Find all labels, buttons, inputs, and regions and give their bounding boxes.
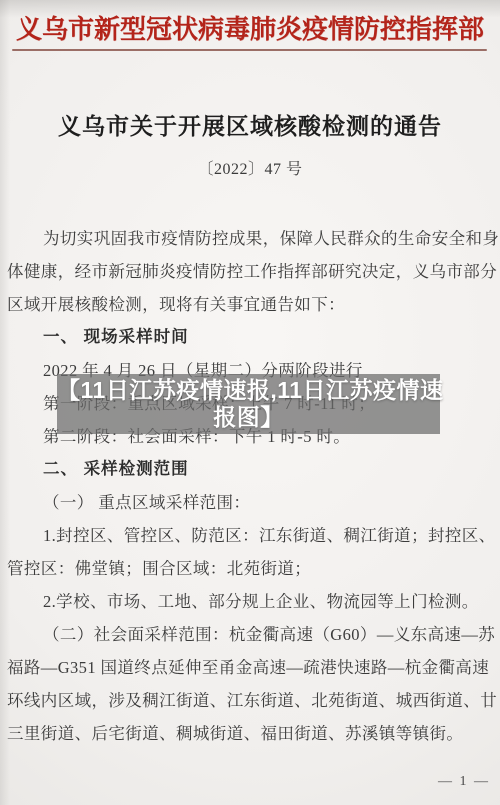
- page-number: — 1 —: [438, 774, 490, 790]
- scanned-notice-page: 义乌市新型冠状病毒肺炎疫情防控指挥部 义乌市关于开展区域核酸检测的通告 〔202…: [0, 0, 500, 805]
- document-line: 福路—G351 国道终点延伸至甬金高速—疏港快速路—杭金衢高速: [0, 651, 500, 684]
- letterhead-agency-title: 义乌市新型冠状病毒肺炎疫情防控指挥部: [0, 9, 500, 46]
- section-heading: 二、 采样检测范围: [0, 453, 500, 486]
- document-line: 为切实巩固我市疫情防控成果，保障人民群众的生命安全和身: [0, 222, 500, 255]
- section-heading: 一、 现场采样时间: [0, 321, 500, 354]
- watermark-caption-band: 【11日江苏疫情速报,11日江苏疫情速 报图】: [57, 374, 440, 434]
- document-line: 体健康，经市新冠肺炎疫情防控工作指挥部研究决定，义乌市部分: [0, 255, 500, 288]
- letterhead-divider: [12, 49, 487, 51]
- document-line: （二）社会面采样范围：杭金衢高速（G60）—义东高速—苏: [0, 618, 500, 651]
- document-line: 三里街道、后宅街道、稠城街道、福田街道、苏溪镇等镇街。: [0, 717, 500, 750]
- watermark-caption-line1: 【11日江苏疫情速报,11日江苏疫情速: [57, 377, 440, 404]
- document-line: 1.封控区、管控区、防范区：江东街道、稠江街道；封控区、: [0, 519, 500, 552]
- watermark-caption-line2: 报图】: [57, 404, 440, 431]
- document-title: 义乌市关于开展区域核酸检测的通告: [0, 108, 500, 141]
- document-line: （一） 重点区域采样范围：: [0, 486, 500, 519]
- document-line: 区域开展核酸检测，现将有关事宜通告如下：: [0, 288, 500, 321]
- document-line: 2.学校、市场、工地、部分规上企业、物流园等上门检测。: [0, 585, 500, 618]
- document-line: 管控区：佛堂镇；围合区域：北苑街道；: [0, 552, 500, 585]
- document-number: 〔2022〕47 号: [0, 156, 500, 179]
- document-body: 为切实巩固我市疫情防控成果，保障人民群众的生命安全和身 体健康，经市新冠肺炎疫情…: [0, 222, 500, 750]
- document-line: 环线内区域，涉及稠江街道、江东街道、北苑街道、城西街道、廿: [0, 684, 500, 717]
